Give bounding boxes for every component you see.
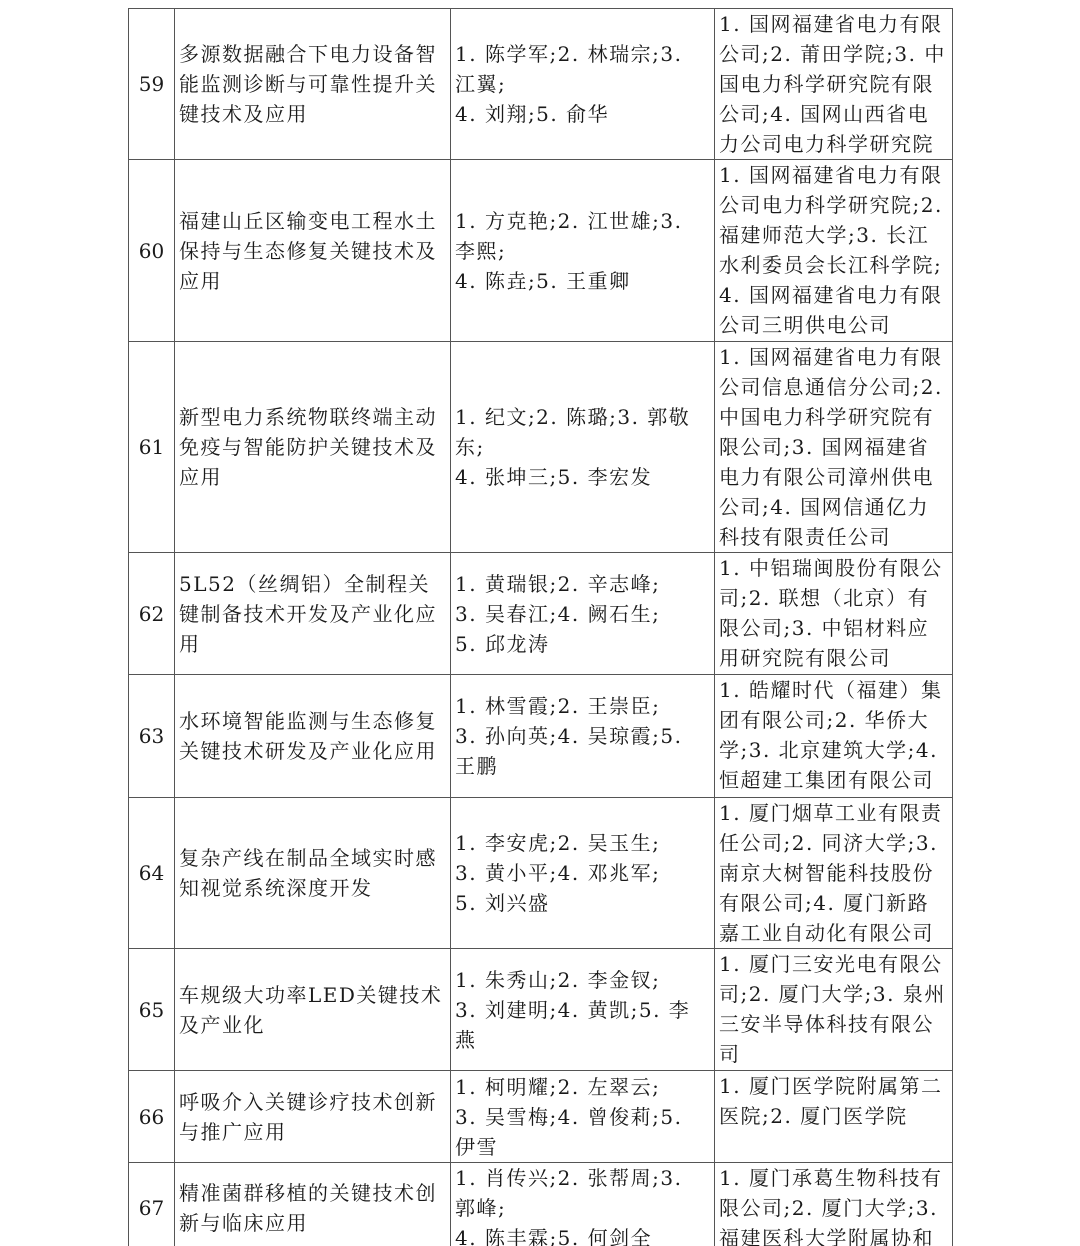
contributor-line: 1. 林雪霞;2. 王崇臣; bbox=[455, 691, 710, 721]
project-name: 5L52（丝绸铝）全制程关键制备技术开发及产业化应用 bbox=[175, 553, 451, 675]
contributor-line: 1. 柯明耀;2. 左翠云; bbox=[455, 1072, 710, 1102]
table-row: 65 车规级大功率LED关键技术及产业化 1. 朱秀山;2. 李金钗;3. 刘建… bbox=[129, 949, 953, 1071]
row-number: 63 bbox=[129, 675, 175, 798]
project-name: 呼吸介入关键诊疗技术创新与推广应用 bbox=[175, 1071, 451, 1163]
contributor-line: 5. 刘兴盛 bbox=[455, 888, 710, 918]
contributor-line: 1. 黄瑞银;2. 辛志峰; bbox=[455, 569, 710, 599]
project-name: 精准菌群移植的关键技术创新与临床应用 bbox=[175, 1163, 451, 1246]
contributor-line: 1. 肖传兴;2. 张帮周;3. 郭峰; bbox=[455, 1163, 710, 1223]
contributor-line: 3. 吴春江;4. 阙石生; bbox=[455, 599, 710, 629]
table-body: 59 多源数据融合下电力设备智能监测诊断与可靠性提升关键技术及应用 1. 陈学军… bbox=[129, 9, 953, 1246]
contributor-line: 4. 张坤三;5. 李宏发 bbox=[455, 462, 710, 492]
project-name: 多源数据融合下电力设备智能监测诊断与可靠性提升关键技术及应用 bbox=[175, 9, 451, 160]
row-number: 67 bbox=[129, 1163, 175, 1246]
table-row: 61 新型电力系统物联终端主动免疫与智能防护关键技术及应用 1. 纪文;2. 陈… bbox=[129, 342, 953, 553]
table-row: 63 水环境智能监测与生态修复关键技术研发及产业化应用 1. 林雪霞;2. 王崇… bbox=[129, 675, 953, 798]
row-number: 65 bbox=[129, 949, 175, 1071]
row-number: 60 bbox=[129, 160, 175, 342]
project-name: 水环境智能监测与生态修复关键技术研发及产业化应用 bbox=[175, 675, 451, 798]
contributor-line: 3. 黄小平;4. 邓兆军; bbox=[455, 858, 710, 888]
contributor-line: 1. 朱秀山;2. 李金钗; bbox=[455, 965, 710, 995]
contributor-line: 3. 吴雪梅;4. 曾俊莉;5. 伊雪 bbox=[455, 1102, 710, 1162]
table-row: 66 呼吸介入关键诊疗技术创新与推广应用 1. 柯明耀;2. 左翠云;3. 吴雪… bbox=[129, 1071, 953, 1163]
contributors: 1. 李安虎;2. 吴玉生;3. 黄小平;4. 邓兆军;5. 刘兴盛 bbox=[451, 798, 715, 949]
contributor-line: 4. 陈丰霖;5. 何剑全 bbox=[455, 1223, 710, 1246]
project-name: 车规级大功率LED关键技术及产业化 bbox=[175, 949, 451, 1071]
project-name: 复杂产线在制品全域实时感知视觉系统深度开发 bbox=[175, 798, 451, 949]
contributors: 1. 黄瑞银;2. 辛志峰;3. 吴春江;4. 阙石生;5. 邱龙涛 bbox=[451, 553, 715, 675]
contributors: 1. 林雪霞;2. 王崇臣;3. 孙向英;4. 吴琼霞;5. 王鹏 bbox=[451, 675, 715, 798]
contributor-line: 3. 刘建明;4. 黄凯;5. 李燕 bbox=[455, 995, 710, 1055]
contributors: 1. 肖传兴;2. 张帮周;3. 郭峰;4. 陈丰霖;5. 何剑全 bbox=[451, 1163, 715, 1246]
contributor-line: 5. 邱龙涛 bbox=[455, 629, 710, 659]
table-row: 64 复杂产线在制品全域实时感知视觉系统深度开发 1. 李安虎;2. 吴玉生;3… bbox=[129, 798, 953, 949]
table-row: 60 福建山丘区输变电工程水土保持与生态修复关键技术及应用 1. 方克艳;2. … bbox=[129, 160, 953, 342]
project-name: 新型电力系统物联终端主动免疫与智能防护关键技术及应用 bbox=[175, 342, 451, 553]
organizations: 1. 皓耀时代（福建）集团有限公司;2. 华侨大学;3. 北京建筑大学;4. 恒… bbox=[715, 675, 953, 798]
table-row: 67 精准菌群移植的关键技术创新与临床应用 1. 肖传兴;2. 张帮周;3. 郭… bbox=[129, 1163, 953, 1246]
contributors: 1. 方克艳;2. 江世雄;3. 李熙;4. 陈垚;5. 王重卿 bbox=[451, 160, 715, 342]
row-number: 66 bbox=[129, 1071, 175, 1163]
contributor-line: 1. 李安虎;2. 吴玉生; bbox=[455, 828, 710, 858]
contributors: 1. 柯明耀;2. 左翠云;3. 吴雪梅;4. 曾俊莉;5. 伊雪 bbox=[451, 1071, 715, 1163]
contributor-line: 1. 方克艳;2. 江世雄;3. 李熙; bbox=[455, 206, 710, 266]
row-number: 61 bbox=[129, 342, 175, 553]
organizations: 1. 中铝瑞闽股份有限公司;2. 联想（北京）有限公司;3. 中铝材料应用研究院… bbox=[715, 553, 953, 675]
project-name: 福建山丘区输变电工程水土保持与生态修复关键技术及应用 bbox=[175, 160, 451, 342]
organizations: 1. 国网福建省电力有限公司;2. 莆田学院;3. 中国电力科学研究院有限公司;… bbox=[715, 9, 953, 160]
contributor-line: 1. 陈学军;2. 林瑞宗;3. 江翼; bbox=[455, 39, 710, 99]
row-number: 59 bbox=[129, 9, 175, 160]
contributor-line: 3. 孙向英;4. 吴琼霞;5. 王鹏 bbox=[455, 721, 710, 781]
contributor-line: 1. 纪文;2. 陈璐;3. 郭敬东; bbox=[455, 402, 710, 462]
organizations: 1. 厦门医学院附属第二医院;2. 厦门医学院 bbox=[715, 1071, 953, 1163]
contributors: 1. 朱秀山;2. 李金钗;3. 刘建明;4. 黄凯;5. 李燕 bbox=[451, 949, 715, 1071]
organizations: 1. 国网福建省电力有限公司电力科学研究院;2. 福建师范大学;3. 长江水利委… bbox=[715, 160, 953, 342]
contributor-line: 4. 陈垚;5. 王重卿 bbox=[455, 266, 710, 296]
contributor-line: 4. 刘翔;5. 俞华 bbox=[455, 99, 710, 129]
row-number: 62 bbox=[129, 553, 175, 675]
table-row: 62 5L52（丝绸铝）全制程关键制备技术开发及产业化应用 1. 黄瑞银;2. … bbox=[129, 553, 953, 675]
organizations: 1. 国网福建省电力有限公司信息通信分公司;2. 中国电力科学研究院有限公司;3… bbox=[715, 342, 953, 553]
row-number: 64 bbox=[129, 798, 175, 949]
contributors: 1. 纪文;2. 陈璐;3. 郭敬东;4. 张坤三;5. 李宏发 bbox=[451, 342, 715, 553]
contributors: 1. 陈学军;2. 林瑞宗;3. 江翼;4. 刘翔;5. 俞华 bbox=[451, 9, 715, 160]
organizations: 1. 厦门承葛生物科技有限公司;2. 厦门大学;3. 福建医科大学附属协和 bbox=[715, 1163, 953, 1246]
table-row: 59 多源数据融合下电力设备智能监测诊断与可靠性提升关键技术及应用 1. 陈学军… bbox=[129, 9, 953, 160]
organizations: 1. 厦门三安光电有限公司;2. 厦门大学;3. 泉州三安半导体科技有限公司 bbox=[715, 949, 953, 1071]
awards-table: 59 多源数据融合下电力设备智能监测诊断与可靠性提升关键技术及应用 1. 陈学军… bbox=[128, 8, 953, 1246]
organizations: 1. 厦门烟草工业有限责任公司;2. 同济大学;3. 南京大树智能科技股份有限公… bbox=[715, 798, 953, 949]
